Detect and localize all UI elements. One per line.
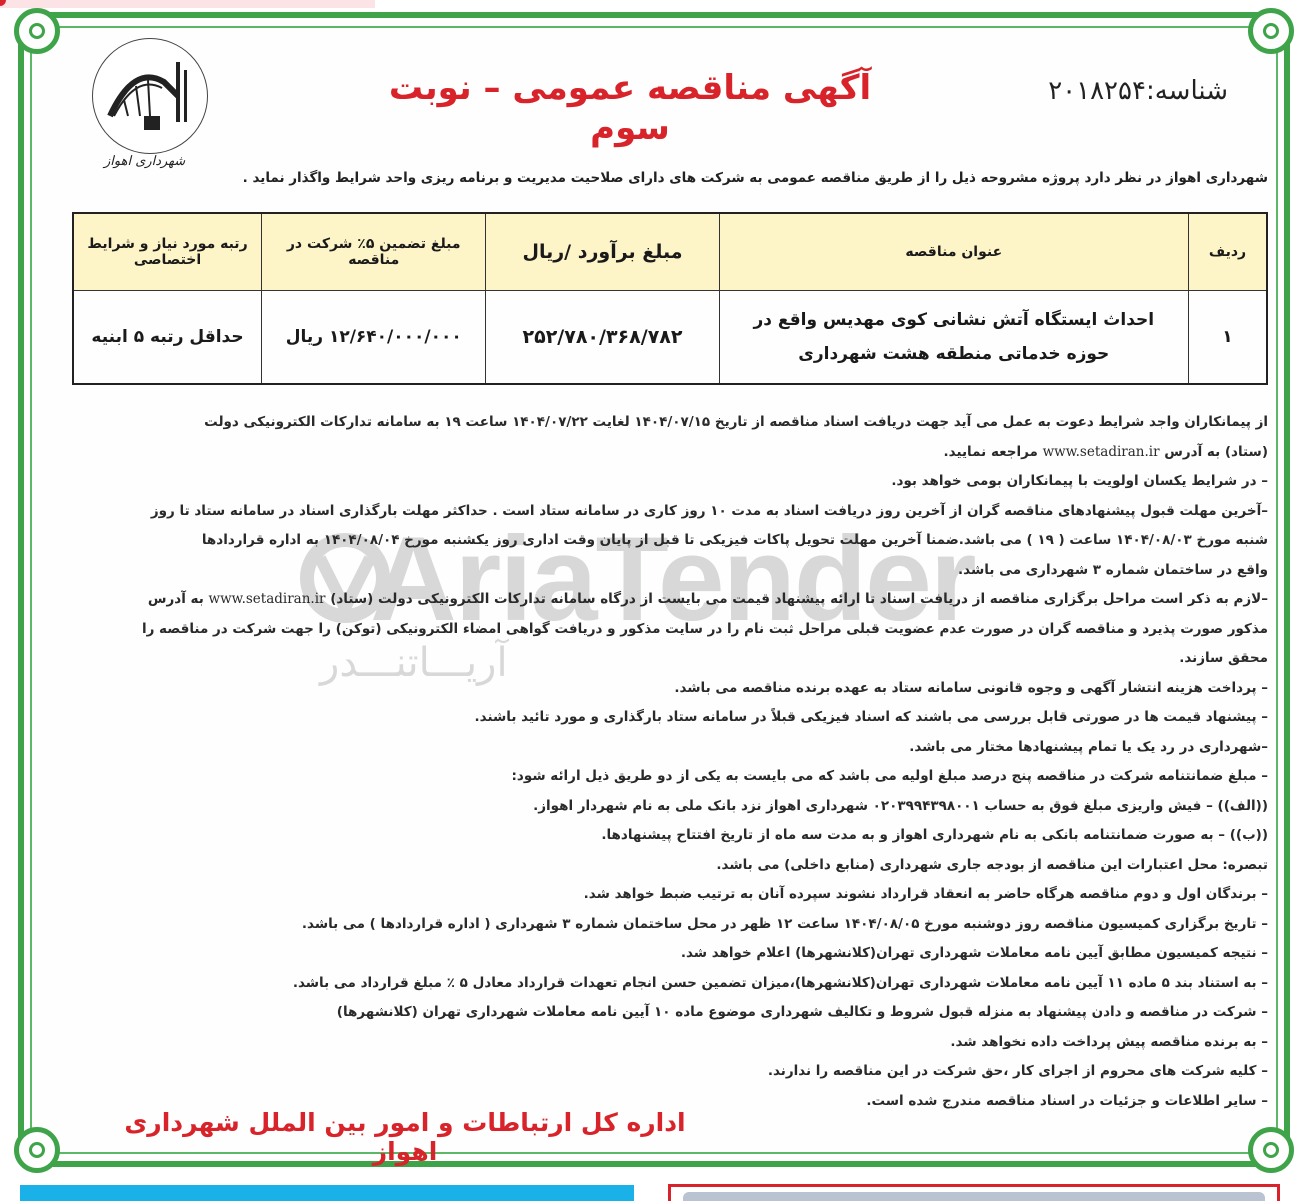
setadiran-link[interactable]: www.setadiran.ir [209, 591, 326, 607]
adjacent-banner-blue [20, 1185, 634, 1201]
col-header-guarantee: مبلغ تضمین ۵٪ شرکت در مناقصه [262, 213, 486, 291]
body-line: – برندگان اول و دوم مناقصه هرگاه حاضر به… [46, 880, 1268, 910]
table-header-row: ردیف عنوان مناقصه مبلغ برآورد /ریال مبلغ… [73, 213, 1267, 291]
body-line: – پیشنهاد قیمت ها در صورتی قابل بررسی می… [46, 703, 1268, 733]
body-line: (ستاد) به آدرس www.setadiran.ir مراجعه ن… [46, 438, 1268, 468]
body-line: – مبلغ ضمانتنامه شرکت در مناقصه پنج درصد… [46, 762, 1268, 792]
body-line: – پرداخت هزینه انتشار آگهی و وجوه قانونی… [46, 674, 1268, 704]
white-bridge-icon [104, 56, 196, 136]
notice-body: از پیمانکاران واجد شرایط دعوت به عمل می … [46, 408, 1268, 1116]
body-line: ((الف)) – فیش واریزی مبلغ فوق به حساب ۰۲… [46, 792, 1268, 822]
body-line: تبصره: محل اعتبارات این مناقصه از بودجه … [46, 851, 1268, 881]
body-line: شنبه مورخ ۱۴۰۴/۰۸/۰۳ ساعت ( ۱۹ ) می باشد… [46, 526, 1268, 556]
body-line: – به برنده مناقصه پیش پرداخت داده نخواهد… [46, 1028, 1268, 1058]
logo-caption: شهرداری اهواز [104, 154, 185, 169]
cell-grade: حداقل رتبه ۵ ابنیه [73, 291, 262, 385]
ahvaz-municipality-logo [92, 38, 208, 154]
col-header-row: ردیف [1188, 213, 1267, 291]
body-line: –لازم به ذکر است مراحل برگزاری مناقصه از… [46, 585, 1268, 615]
body-line: – تاریخ برگزاری کمیسیون مناقصه روز دوشنب… [46, 910, 1268, 940]
col-header-title: عنوان مناقصه [719, 213, 1188, 291]
body-line: – کلیه شرکت های محروم از اجرای کار ،حق ش… [46, 1057, 1268, 1087]
notice-id-label: شناسه: [1146, 76, 1228, 106]
body-line: مذکور صورت پذیرد و مناقصه گران در صورت ع… [46, 615, 1268, 645]
body-line: ((ب)) – به صورت ضمانتنامه بانکی به نام ش… [46, 821, 1268, 851]
body-line: – نتیجه کمیسیون مطابق آیین نامه معاملات … [46, 939, 1268, 969]
notice-title: آگهی مناقصه عمومی – نوبت سوم [370, 68, 890, 148]
body-line: –شهرداری در رد یک یا تمام پیشنهادها مختا… [46, 733, 1268, 763]
notice-id: شناسه:۲۰۱۸۲۵۴ [1048, 76, 1228, 106]
setadiran-link[interactable]: www.setadiran.ir [1043, 444, 1160, 460]
body-line: –آخرین مهلت قبول پیشنهادهای مناقصه گران … [46, 497, 1268, 527]
body-line: از پیمانکاران واجد شرایط دعوت به عمل می … [46, 408, 1268, 438]
table-row: ۱ احداث ایستگاه آتش نشانی کوی مهدیس واقع… [73, 291, 1267, 385]
intro-paragraph: شهرداری اهواز در نظر دارد پروژه مشروحه ذ… [40, 170, 1268, 186]
cell-title: احداث ایستگاه آتش نشانی کوی مهدیس واقع د… [719, 291, 1188, 385]
notice-content: شهرداری اهواز شناسه:۲۰۱۸۲۵۴ آگهی مناقصه … [40, 30, 1268, 1150]
issuer-signature: اداره کل ارتباطات و امور بین الملل شهردا… [110, 1108, 700, 1166]
red-dot-decoration [0, 0, 6, 6]
body-line: – شرکت در مناقصه و دادن پیشنهاد به منزله… [46, 998, 1268, 1028]
cell-guarantee: ۱۲/۶۴۰/۰۰۰/۰۰۰ ریال [262, 291, 486, 385]
cell-estimate: ۲۵۲/۷۸۰/۳۶۸/۷۸۲ [486, 291, 719, 385]
col-header-estimate: مبلغ برآورد /ریال [486, 213, 719, 291]
top-edge-strip [0, 0, 375, 8]
body-line: – به استناد بند ۵ ماده ۱۱ آیین نامه معام… [46, 969, 1268, 999]
tender-table: ردیف عنوان مناقصه مبلغ برآورد /ریال مبلغ… [72, 212, 1268, 385]
body-line: واقع در ساختمان شماره ۳ شهرداری می باشد. [46, 556, 1268, 586]
adjacent-banner-red [668, 1184, 1280, 1201]
cell-row: ۱ [1188, 291, 1267, 385]
body-line: – در شرایط یکسان اولویت با پیمانکاران بو… [46, 467, 1268, 497]
body-line: محقق سازند. [46, 644, 1268, 674]
col-header-grade: رتبه مورد نیاز و شرایط اختصاصی [73, 213, 262, 291]
notice-id-value: ۲۰۱۸۲۵۴ [1048, 76, 1146, 106]
